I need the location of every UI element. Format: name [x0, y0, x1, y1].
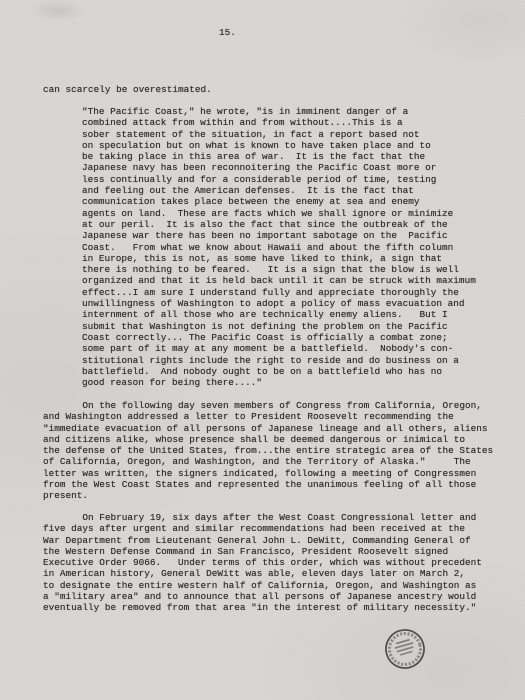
quoted-letter-excerpt: "The Pacific Coast," he wrote, "is in im…	[82, 106, 476, 388]
paragraph-congress-letter: On the following day seven members of Co…	[43, 400, 493, 502]
paragraph-executive-order-9066: On February 19, six days after the West …	[43, 512, 482, 614]
paragraph-intro-fragment: can scarcely be overestimated.	[43, 84, 212, 95]
page-number: 15.	[219, 27, 236, 38]
archival-stamp	[378, 621, 433, 677]
scanned-page: 15. can scarcely be overestimated. "The …	[0, 0, 525, 700]
